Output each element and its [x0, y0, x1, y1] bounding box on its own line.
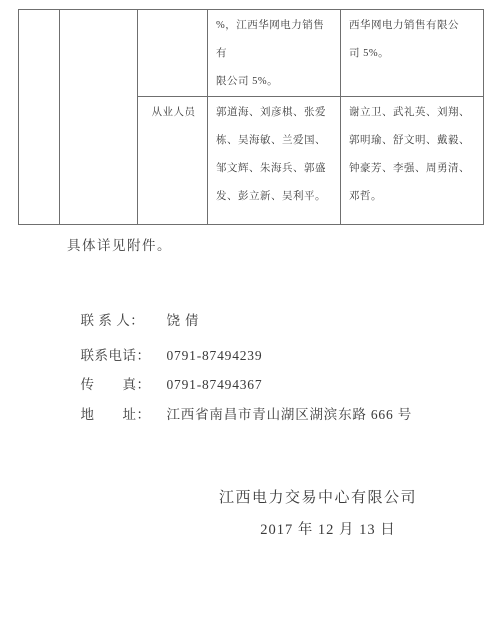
table-cell-staff-company1: 郭道海、刘彦棋、张爱 栋、吴海敏、兰爱国、 邹文辉、朱海兵、郭盛 发、彭立新、吴… [208, 97, 341, 225]
contact-address-row: 地 址：江西省南昌市青山湖区湖滨东路 666 号 [67, 387, 412, 439]
contact-person-label: 联 系 人： [81, 309, 167, 329]
attachment-note: 具体详见附件。 [67, 234, 172, 254]
table-cell-shareholding-company2: 西华网电力销售有限公 司 5%。 [341, 10, 484, 97]
contact-address-label: 地 址： [81, 403, 167, 423]
registration-table: %，江西华网电力销售有 限公司 5%。 西华网电力销售有限公 司 5%。 从业人… [18, 9, 484, 225]
contact-person-value: 饶 倩 [167, 313, 200, 328]
table-row-label-staff: 从业人员 [138, 97, 208, 225]
signature-date: 2017 年 12 月 13 日 [178, 518, 478, 539]
table-cell-col3-empty [138, 10, 208, 97]
signature-company-name: 江西电力交易中心有限公司 [168, 486, 468, 507]
document-page: %，江西华网电力销售有 限公司 5%。 西华网电力销售有限公 司 5%。 从业人… [0, 0, 504, 631]
contact-address-value: 江西省南昌市青山湖区湖滨东路 666 号 [167, 407, 413, 422]
table-cell-col2-empty [60, 10, 138, 225]
table-cell-shareholding-company1: %，江西华网电力销售有 限公司 5%。 [208, 10, 341, 97]
table-cell-staff-company2: 谢立卫、武礼英、刘翔、 郭明瑜、舒文明、戴毅、 钟豪芳、李强、周勇清、 邓哲。 [341, 97, 484, 225]
table-cell-col1-empty [19, 10, 60, 225]
